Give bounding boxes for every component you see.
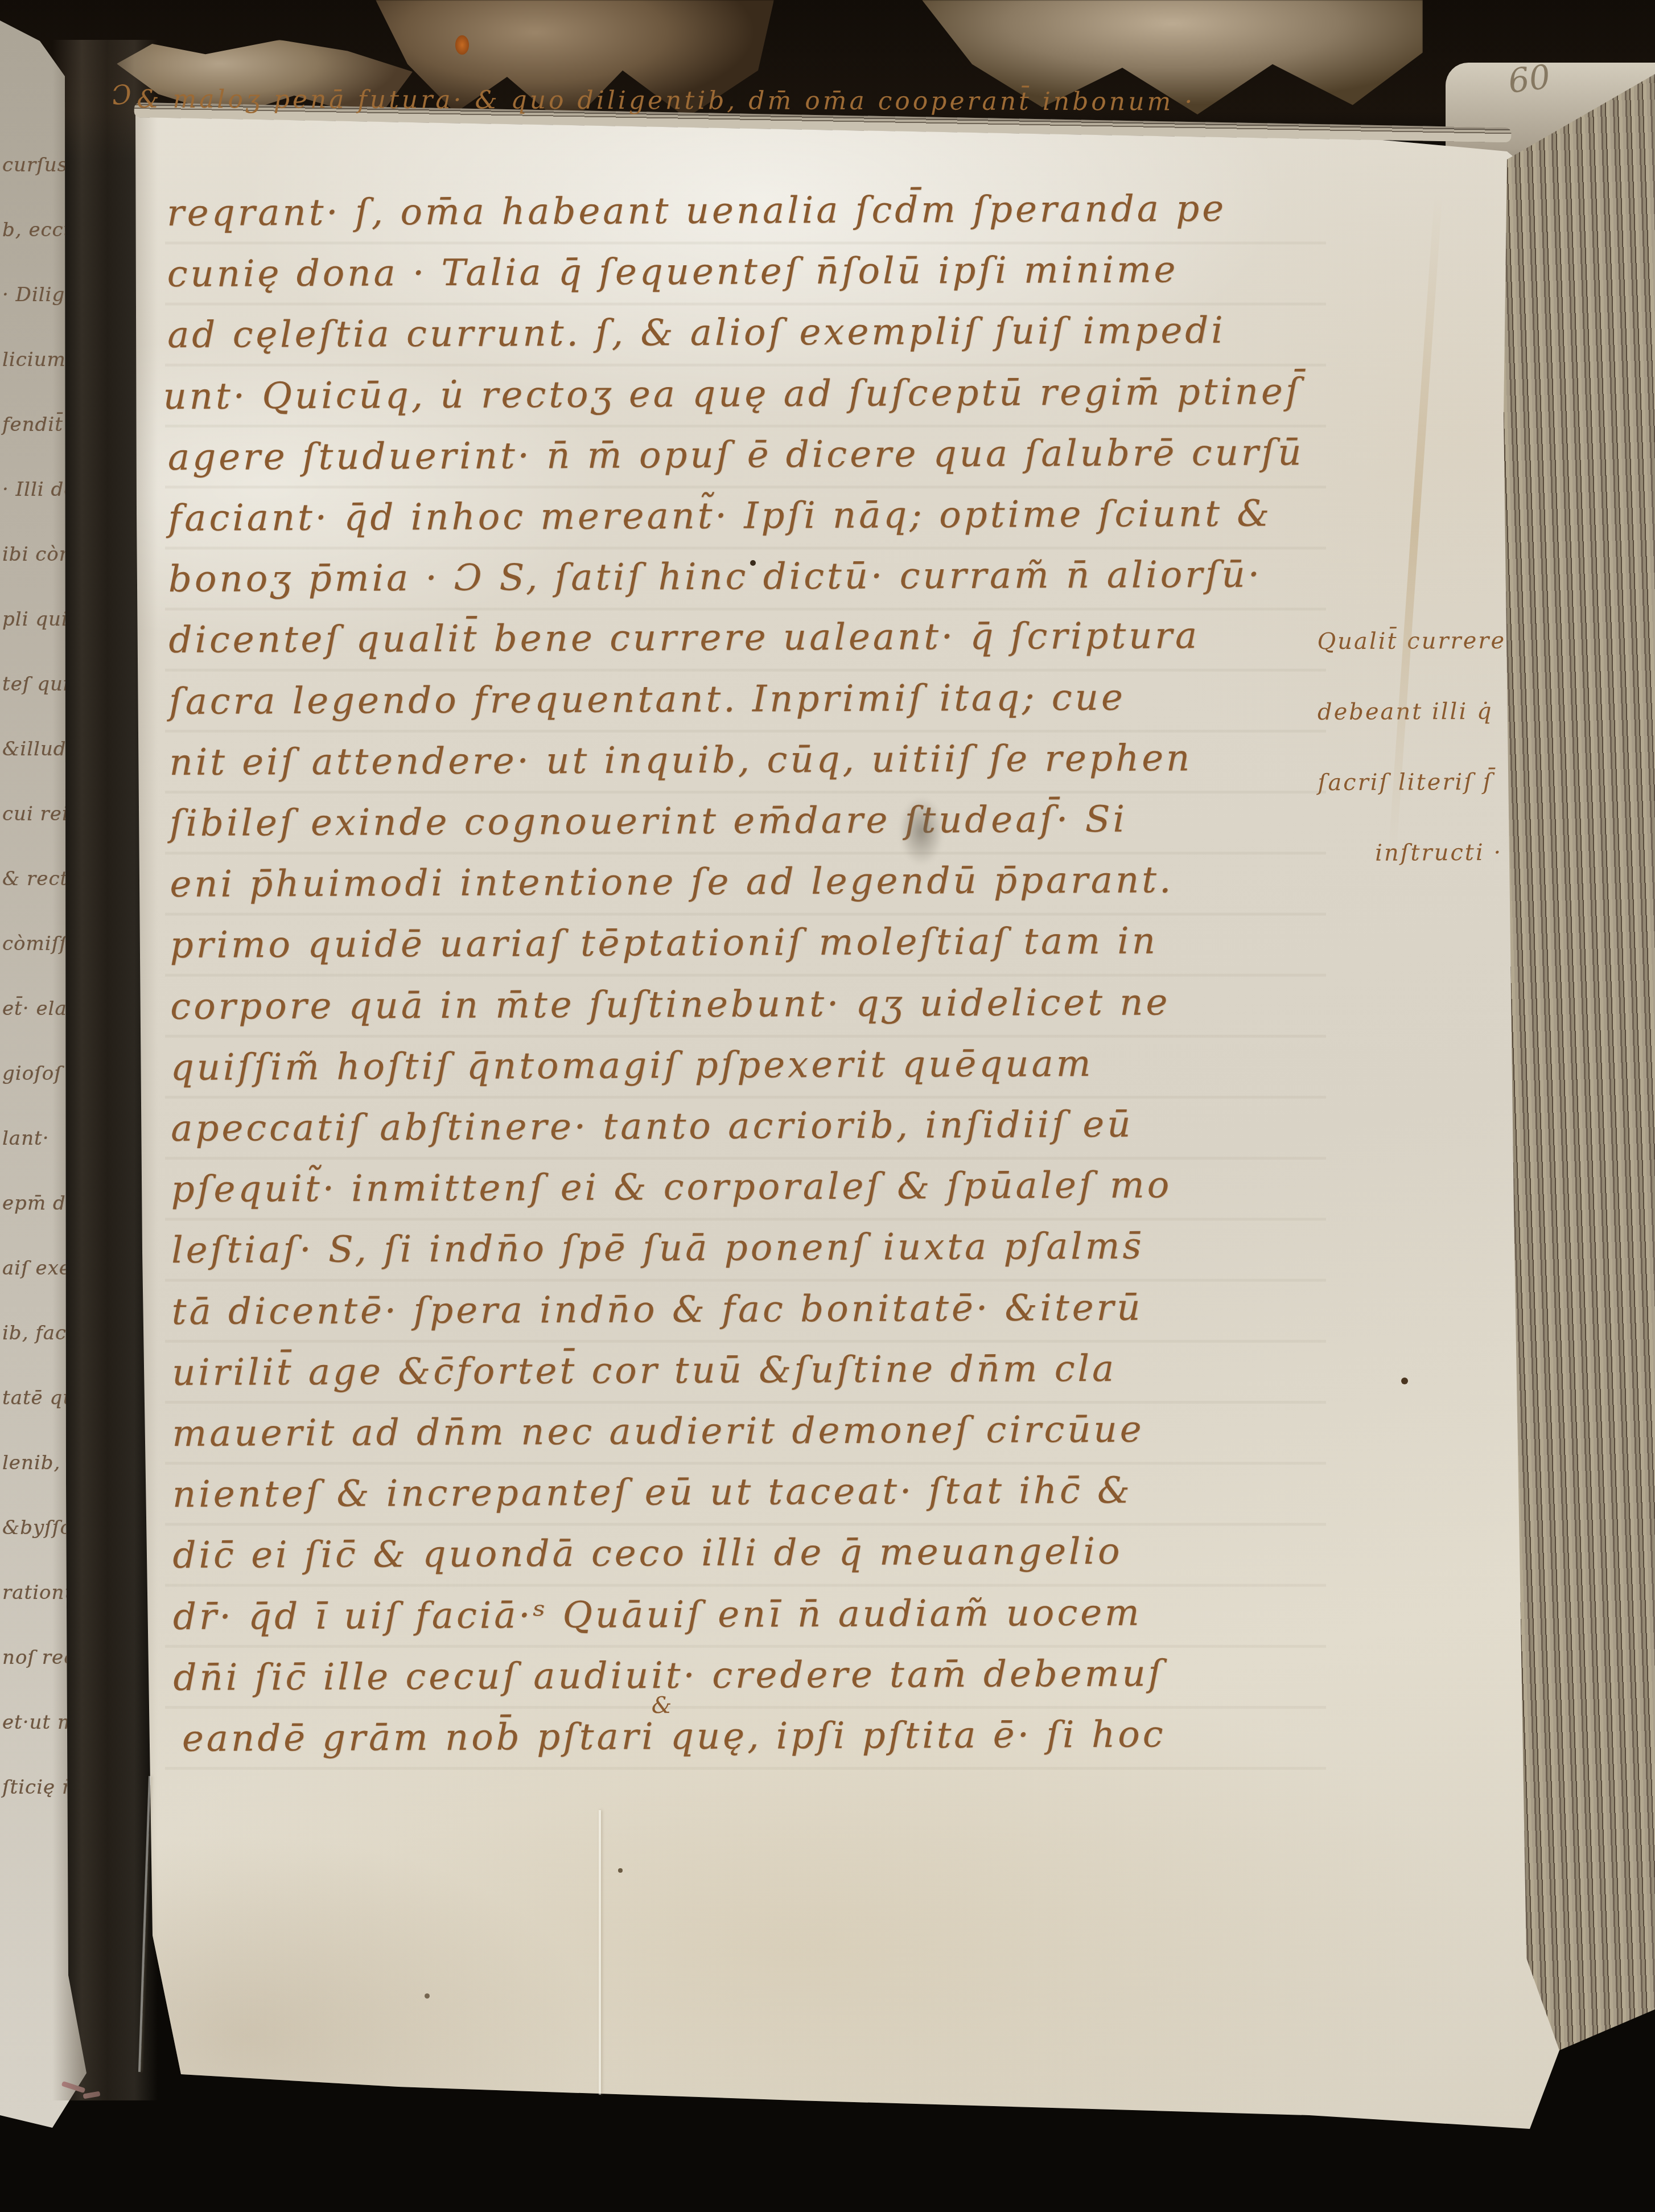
body-text-line: pſequit̃· inmittenſ ei & corporaleſ & ſp… bbox=[171, 1167, 1172, 1208]
body-text-line: apeccatiſ abſtinere· tanto acriorib, inſ… bbox=[171, 1107, 1133, 1147]
body-text-line: reqrant· ſ, om̄a habeant uenalia ſcd̄m ſ… bbox=[167, 191, 1226, 232]
body-text-line: dicenteſ qualit̄ bene currere ualeant· q… bbox=[168, 618, 1200, 659]
interlinear-insertion: & bbox=[651, 1692, 672, 1718]
body-text-line: ad cęleſtia currunt. ſ, & alioſ exempliſ… bbox=[167, 313, 1226, 353]
running-header: & maloʒ penā futura· & quo diligentib, d… bbox=[137, 85, 1195, 117]
header-paragraph-mark: Ɔ bbox=[110, 78, 134, 111]
body-text-line: dr̄· q̄d ī uiſ faciā·ˢ Quāuiſ enī n̄ aud… bbox=[173, 1595, 1142, 1635]
crease-line bbox=[599, 1810, 601, 2095]
body-text-line: eandē grām nob̄ pſtari quę, ipſi pſtita … bbox=[182, 1716, 1166, 1757]
body-text-line: leſtiaſ· S, ſi indn̄o ſpē ſuā ponenſ iux… bbox=[171, 1228, 1144, 1269]
ink-speck bbox=[618, 1868, 623, 1873]
body-text-line: dic̄ ei ſic̄ & quondā ceco illi de q̄ me… bbox=[172, 1533, 1122, 1574]
body-text-line: dn̄i ſic̄ ille cecuſ audiuit· credere ta… bbox=[173, 1655, 1164, 1696]
folio-number: 60 bbox=[1506, 57, 1553, 101]
margin-note-line: ſacriſ literiſ ſ̄ bbox=[1318, 769, 1493, 796]
body-text-line: uirilit̄ age &c̄fortet̄ cor tuū &ſuſtine… bbox=[172, 1351, 1117, 1391]
text-block: Ɔ & maloʒ penā futura· & quo diligentib,… bbox=[0, 0, 1655, 2212]
body-text-line: tā dicentē· ſpera indn̄o & fac bonitatē·… bbox=[171, 1290, 1143, 1330]
body-text-line: bonoʒ p̄mia · Ɔ S, ſatiſ hinc dictū· cur… bbox=[168, 557, 1262, 598]
body-text-line: nit eiſ attendere· ut inquib, cūq, uitii… bbox=[169, 740, 1192, 781]
body-text-line: ſacra legendo frequentant. Inprimiſ itaq… bbox=[169, 680, 1126, 720]
body-text-line: nienteſ & increpanteſ eū ut taceat· ſtat… bbox=[172, 1473, 1133, 1513]
body-text-line: eni p̄huimodi intentione ſe ad legendū p… bbox=[170, 862, 1174, 903]
body-text-line: primo quidē uariaſ tēptationiſ moleſtiaſ… bbox=[170, 923, 1158, 964]
body-text-line: unt· Quicūq, u̇ rectoʒ ea quę ad ſuſcept… bbox=[163, 373, 1302, 415]
body-text-line: corpore quā in m̄te ſuſtinebunt· qʒ uide… bbox=[170, 984, 1170, 1025]
body-text-line: mauerit ad dn̄m nec audierit demoneſ cir… bbox=[172, 1412, 1144, 1452]
body-text-line: cunię dona · Talia q̄ ſequenteſ n̄ſolū i… bbox=[167, 252, 1178, 293]
body-text-line: ſibileſ exinde cognouerint em̄dare ſtude… bbox=[170, 801, 1127, 842]
body-text-line: agere ſtuduerint· n̄ m̄ opuſ ē dicere qu… bbox=[168, 434, 1304, 476]
ink-speck bbox=[425, 1993, 430, 1999]
ink-speck bbox=[750, 560, 756, 566]
body-text-line: quiſſim̃ hoſtiſ q̄ntomagiſ pſpexerit quē… bbox=[171, 1046, 1094, 1086]
manuscript-photo: curſus b, ecctę · Diligu licium fendit̄ … bbox=[0, 0, 1655, 2212]
margin-note: Qualit̄ currere debeant illi q̇ ſacriſ l… bbox=[1317, 627, 1563, 924]
ink-speck bbox=[1401, 1378, 1408, 1384]
body-text-line: faciant· q̄d inhoc mereant̃· Ipſi nāq; o… bbox=[168, 496, 1272, 537]
ink-smudge bbox=[899, 797, 944, 865]
